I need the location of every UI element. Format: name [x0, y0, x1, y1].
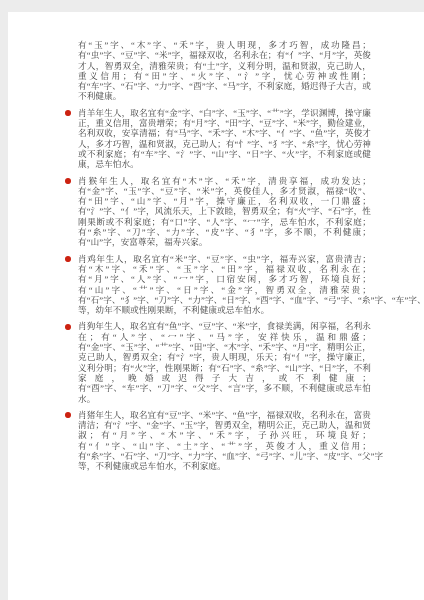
screenshot-canvas: 有“玉”字、“木”字、“禾”字，贵人明现，多才巧智，成功隆昌；有“虫”字、“豆”… [0, 0, 424, 600]
red-bullet-icon [65, 324, 71, 330]
paragraph-text: 肖狗年生人，取名宜有“鱼”字、“豆”字、“米”字，食禄美满，闲享福，名利永在；有… [78, 321, 371, 403]
paragraph-goat-year: 肖羊年生人，取名宜有“金”字、“白”字、“玉”字、“艹”字，学识渊博，操守廉正，… [78, 108, 371, 170]
red-bullet-icon [65, 110, 71, 116]
paragraph-text: 肖羊年生人，取名宜有“金”字、“白”字、“玉”字、“艹”字，学识渊博，操守廉正，… [78, 108, 371, 169]
paragraph-dog-year: 肖狗年生人，取名宜有“鱼”字、“豆”字、“米”字，食禄美满，闲享福，名利永在；有… [78, 321, 371, 403]
red-bullet-icon [65, 412, 71, 418]
paragraph-text: 肖猪年生人，取名宜有“豆”字、“米”字、“鱼”字，福禄双收，名利永在，富贵清洁；… [78, 410, 383, 471]
paragraph-text: 肖猴年生人，取名宜有“木”字、“禾”字，清贵享福，成功发达；有“金”字、“玉”字… [78, 176, 371, 248]
paragraph-pig-year: 肖猪年生人，取名宜有“豆”字、“米”字、“鱼”字，福禄双收，名利永在，富贵清洁；… [78, 410, 371, 472]
text-block: 有“玉”字、“木”字、“禾”字，贵人明现，多才巧智，成功隆昌；有“虫”字、“豆”… [78, 40, 371, 472]
paragraph-text: 肖鸡年生人，取名宜有“米”字、“豆”字、“虫”字，福寿兴家，富贵清吉；有“木”字… [78, 254, 424, 315]
paragraph-text: 有“玉”字、“木”字、“禾”字，贵人明现，多才巧智，成功隆昌；有“虫”字、“豆”… [78, 40, 371, 101]
red-bullet-icon [65, 256, 71, 262]
paragraph-continuation: 有“玉”字、“木”字、“禾”字，贵人明现，多才巧智，成功隆昌；有“虫”字、“豆”… [78, 40, 371, 102]
paragraph-monkey-year: 肖猴年生人，取名宜有“木”字、“禾”字，清贵享福，成功发达；有“金”字、“玉”字… [78, 176, 371, 248]
document-page: 有“玉”字、“木”字、“禾”字，贵人明现，多才巧智，成功隆昌；有“虫”字、“豆”… [8, 12, 424, 600]
red-bullet-icon [65, 178, 71, 184]
paragraph-rooster-year: 肖鸡年生人，取名宜有“米”字、“豆”字、“虫”字，福寿兴家，富贵清吉；有“木”字… [78, 254, 371, 316]
